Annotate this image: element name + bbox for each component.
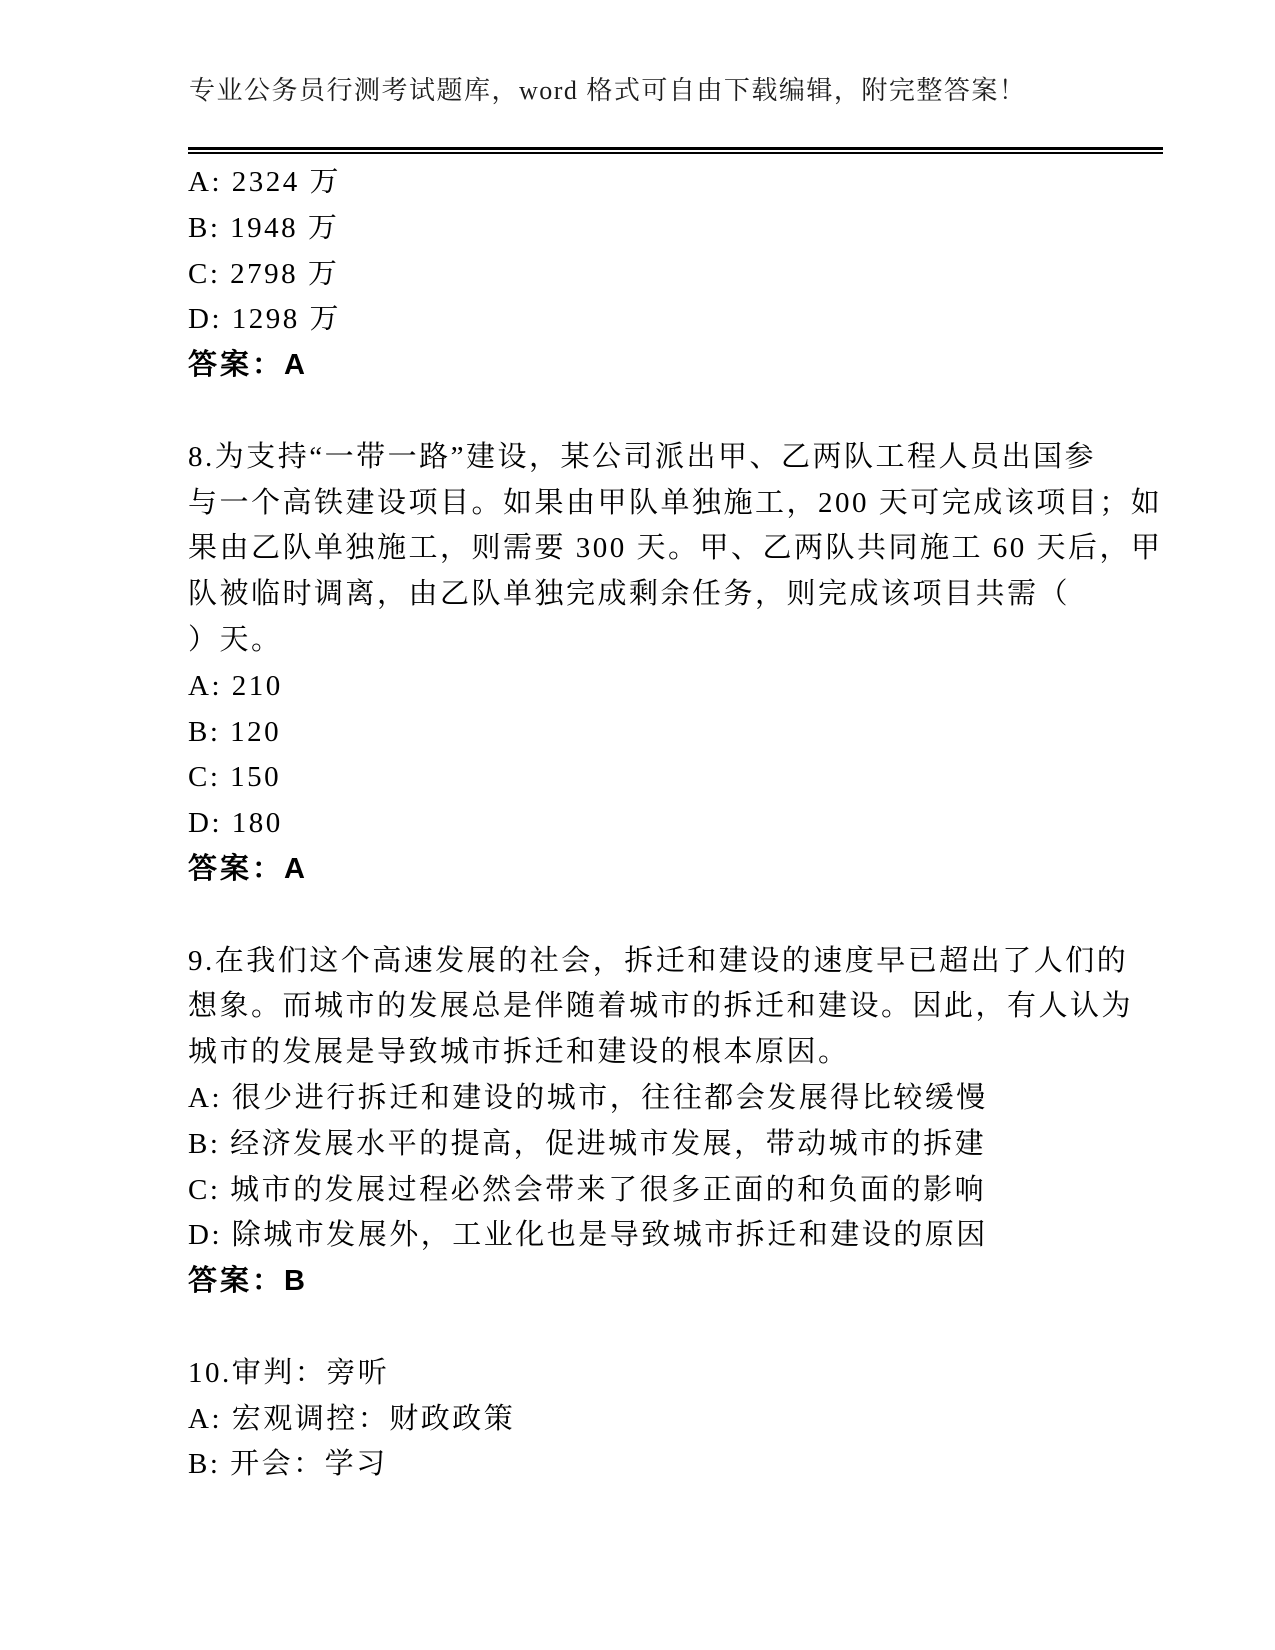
- q9-text-line-3: 城市的发展是导致城市拆迁和建设的根本原因。: [188, 1030, 1098, 1076]
- q7-option-a: A: 2324 万: [188, 160, 1098, 206]
- header-divider: [188, 147, 1163, 154]
- q10-option-a: A: 宏观调控：财政政策: [188, 1397, 1098, 1443]
- q8-text-line-2: 与一个高铁建设项目。如果由甲队单独施工，200 天可完成该项目；如: [188, 481, 1098, 527]
- blank-line: [188, 1305, 1098, 1351]
- document-body: A: 2324 万 B: 1948 万 C: 2798 万 D: 1298 万 …: [188, 160, 1098, 1488]
- q9-option-b: B: 经济发展水平的提高，促进城市发展，带动城市的拆建: [188, 1122, 1098, 1168]
- q8-text-line-3: 果由乙队单独施工，则需要 300 天。甲、乙两队共同施工 60 天后，甲: [188, 526, 1098, 572]
- q8-option-a: A: 210: [188, 664, 1098, 710]
- blank-line: [188, 893, 1098, 939]
- q9-option-c: C: 城市的发展过程必然会带来了很多正面的和负面的影响: [188, 1168, 1098, 1214]
- q8-option-c: C: 150: [188, 755, 1098, 801]
- q8-option-b: B: 120: [188, 710, 1098, 756]
- page-header-text: 专业公务员行测考试题库，word 格式可自由下载编辑，附完整答案！: [189, 70, 1026, 107]
- q8-text-line-1: 8.为支持“一带一路”建设，某公司派出甲、乙两队工程人员出国参: [188, 435, 1098, 481]
- q7-answer-line: 答案：A: [188, 343, 1098, 389]
- q8-text-line-5: ）天。: [188, 618, 1098, 664]
- q9-option-a: A: 很少进行拆迁和建设的城市，往往都会发展得比较缓慢: [188, 1076, 1098, 1122]
- q10-title-line: 10.审判：旁听: [188, 1351, 1098, 1397]
- q9-text-line-2: 想象。而城市的发展总是伴随着城市的拆迁和建设。因此，有人认为: [188, 984, 1098, 1030]
- q7-option-d: D: 1298 万: [188, 297, 1098, 343]
- document-page: 专业公务员行测考试题库，word 格式可自由下载编辑，附完整答案！ A: 232…: [0, 0, 1275, 1650]
- q7-option-b: B: 1948 万: [188, 206, 1098, 252]
- q8-text-line-4: 队被临时调离，由乙队单独完成剩余任务，则完成该项目共需（: [188, 572, 1098, 618]
- q8-answer-line: 答案：A: [188, 847, 1098, 893]
- q9-answer-line: 答案：B: [188, 1259, 1098, 1305]
- q9-text-line-1: 9.在我们这个高速发展的社会，拆迁和建设的速度早已超出了人们的: [188, 939, 1098, 985]
- q9-option-d: D: 除城市发展外，工业化也是导致城市拆迁和建设的原因: [188, 1213, 1098, 1259]
- blank-line: [188, 389, 1098, 435]
- q10-option-b: B: 开会：学习: [188, 1442, 1098, 1488]
- q7-option-c: C: 2798 万: [188, 252, 1098, 298]
- q8-option-d: D: 180: [188, 801, 1098, 847]
